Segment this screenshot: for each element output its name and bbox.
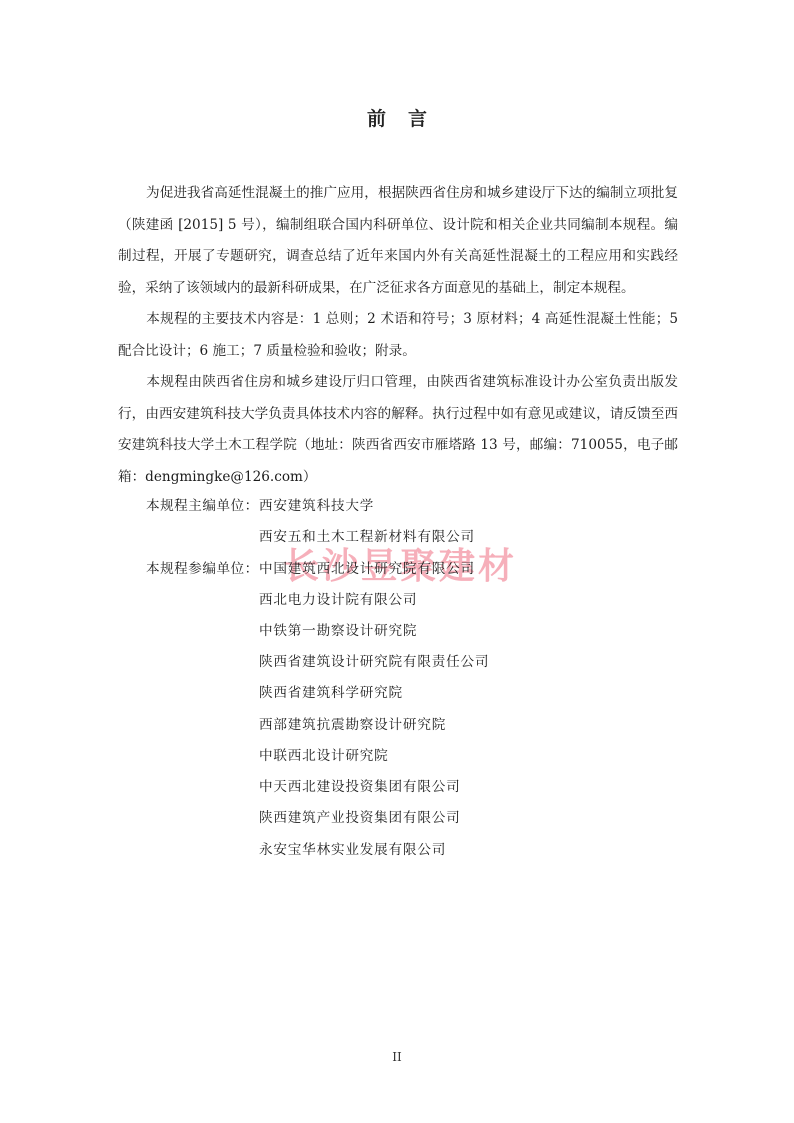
chief-editor-label: 本规程主编单位： xyxy=(146,491,259,522)
paragraph-contents: 本规程的主要技术内容是：1 总则；2 术语和符号；3 原材料；4 高延性混凝土性… xyxy=(118,304,678,367)
document-page: 前言 为促进我省高延性混凝土的推广应用，根据陕西省住房和城乡建设厅下达的编制立项… xyxy=(0,0,794,1123)
paragraph-text: 本规程的主要技术内容是：1 总则；2 术语和符号；3 原材料；4 高延性混凝土性… xyxy=(118,311,678,359)
participant-unit: 中铁第一勘察设计研究院 xyxy=(259,616,417,647)
chief-editor-unit: 西安五和土木工程新材料有限公司 xyxy=(259,522,475,553)
page-title: 前言 xyxy=(0,104,794,131)
participant-unit: 西部建筑抗震勘察设计研究院 xyxy=(259,710,446,741)
participant-unit: 中联西北设计研究院 xyxy=(259,741,389,772)
participant-label: 本规程参编单位： xyxy=(146,554,259,585)
participant-unit: 永安宝华林实业发展有限公司 xyxy=(259,835,446,866)
page-number: II xyxy=(0,1050,794,1064)
chief-editor-unit: 西安建筑科技大学 xyxy=(259,491,374,522)
participant-unit: 中国建筑西北设计研究院有限公司 xyxy=(259,554,475,585)
paragraph-text: 为促进我省高延性混凝土的推广应用，根据陕西省住房和城乡建设厅下达的编制立项批复（… xyxy=(118,185,678,296)
paragraph-management: 本规程由陕西省住房和城乡建设厅归口管理，由陕西省建筑标准设计办公室负责出版发行，… xyxy=(118,367,678,493)
participant-unit: 陕西建筑产业投资集团有限公司 xyxy=(259,803,461,834)
participant-unit: 陕西省建筑科学研究院 xyxy=(259,678,403,709)
paragraph-background: 为促进我省高延性混凝土的推广应用，根据陕西省住房和城乡建设厅下达的编制立项批复（… xyxy=(118,178,678,304)
participant-unit: 陕西省建筑设计研究院有限责任公司 xyxy=(259,647,489,678)
paragraph-text: 本规程由陕西省住房和城乡建设厅归口管理，由陕西省建筑标准设计办公室负责出版发行，… xyxy=(118,374,678,485)
participant-unit: 中天西北建设投资集团有限公司 xyxy=(259,772,461,803)
participant-unit: 西北电力设计院有限公司 xyxy=(259,585,417,616)
